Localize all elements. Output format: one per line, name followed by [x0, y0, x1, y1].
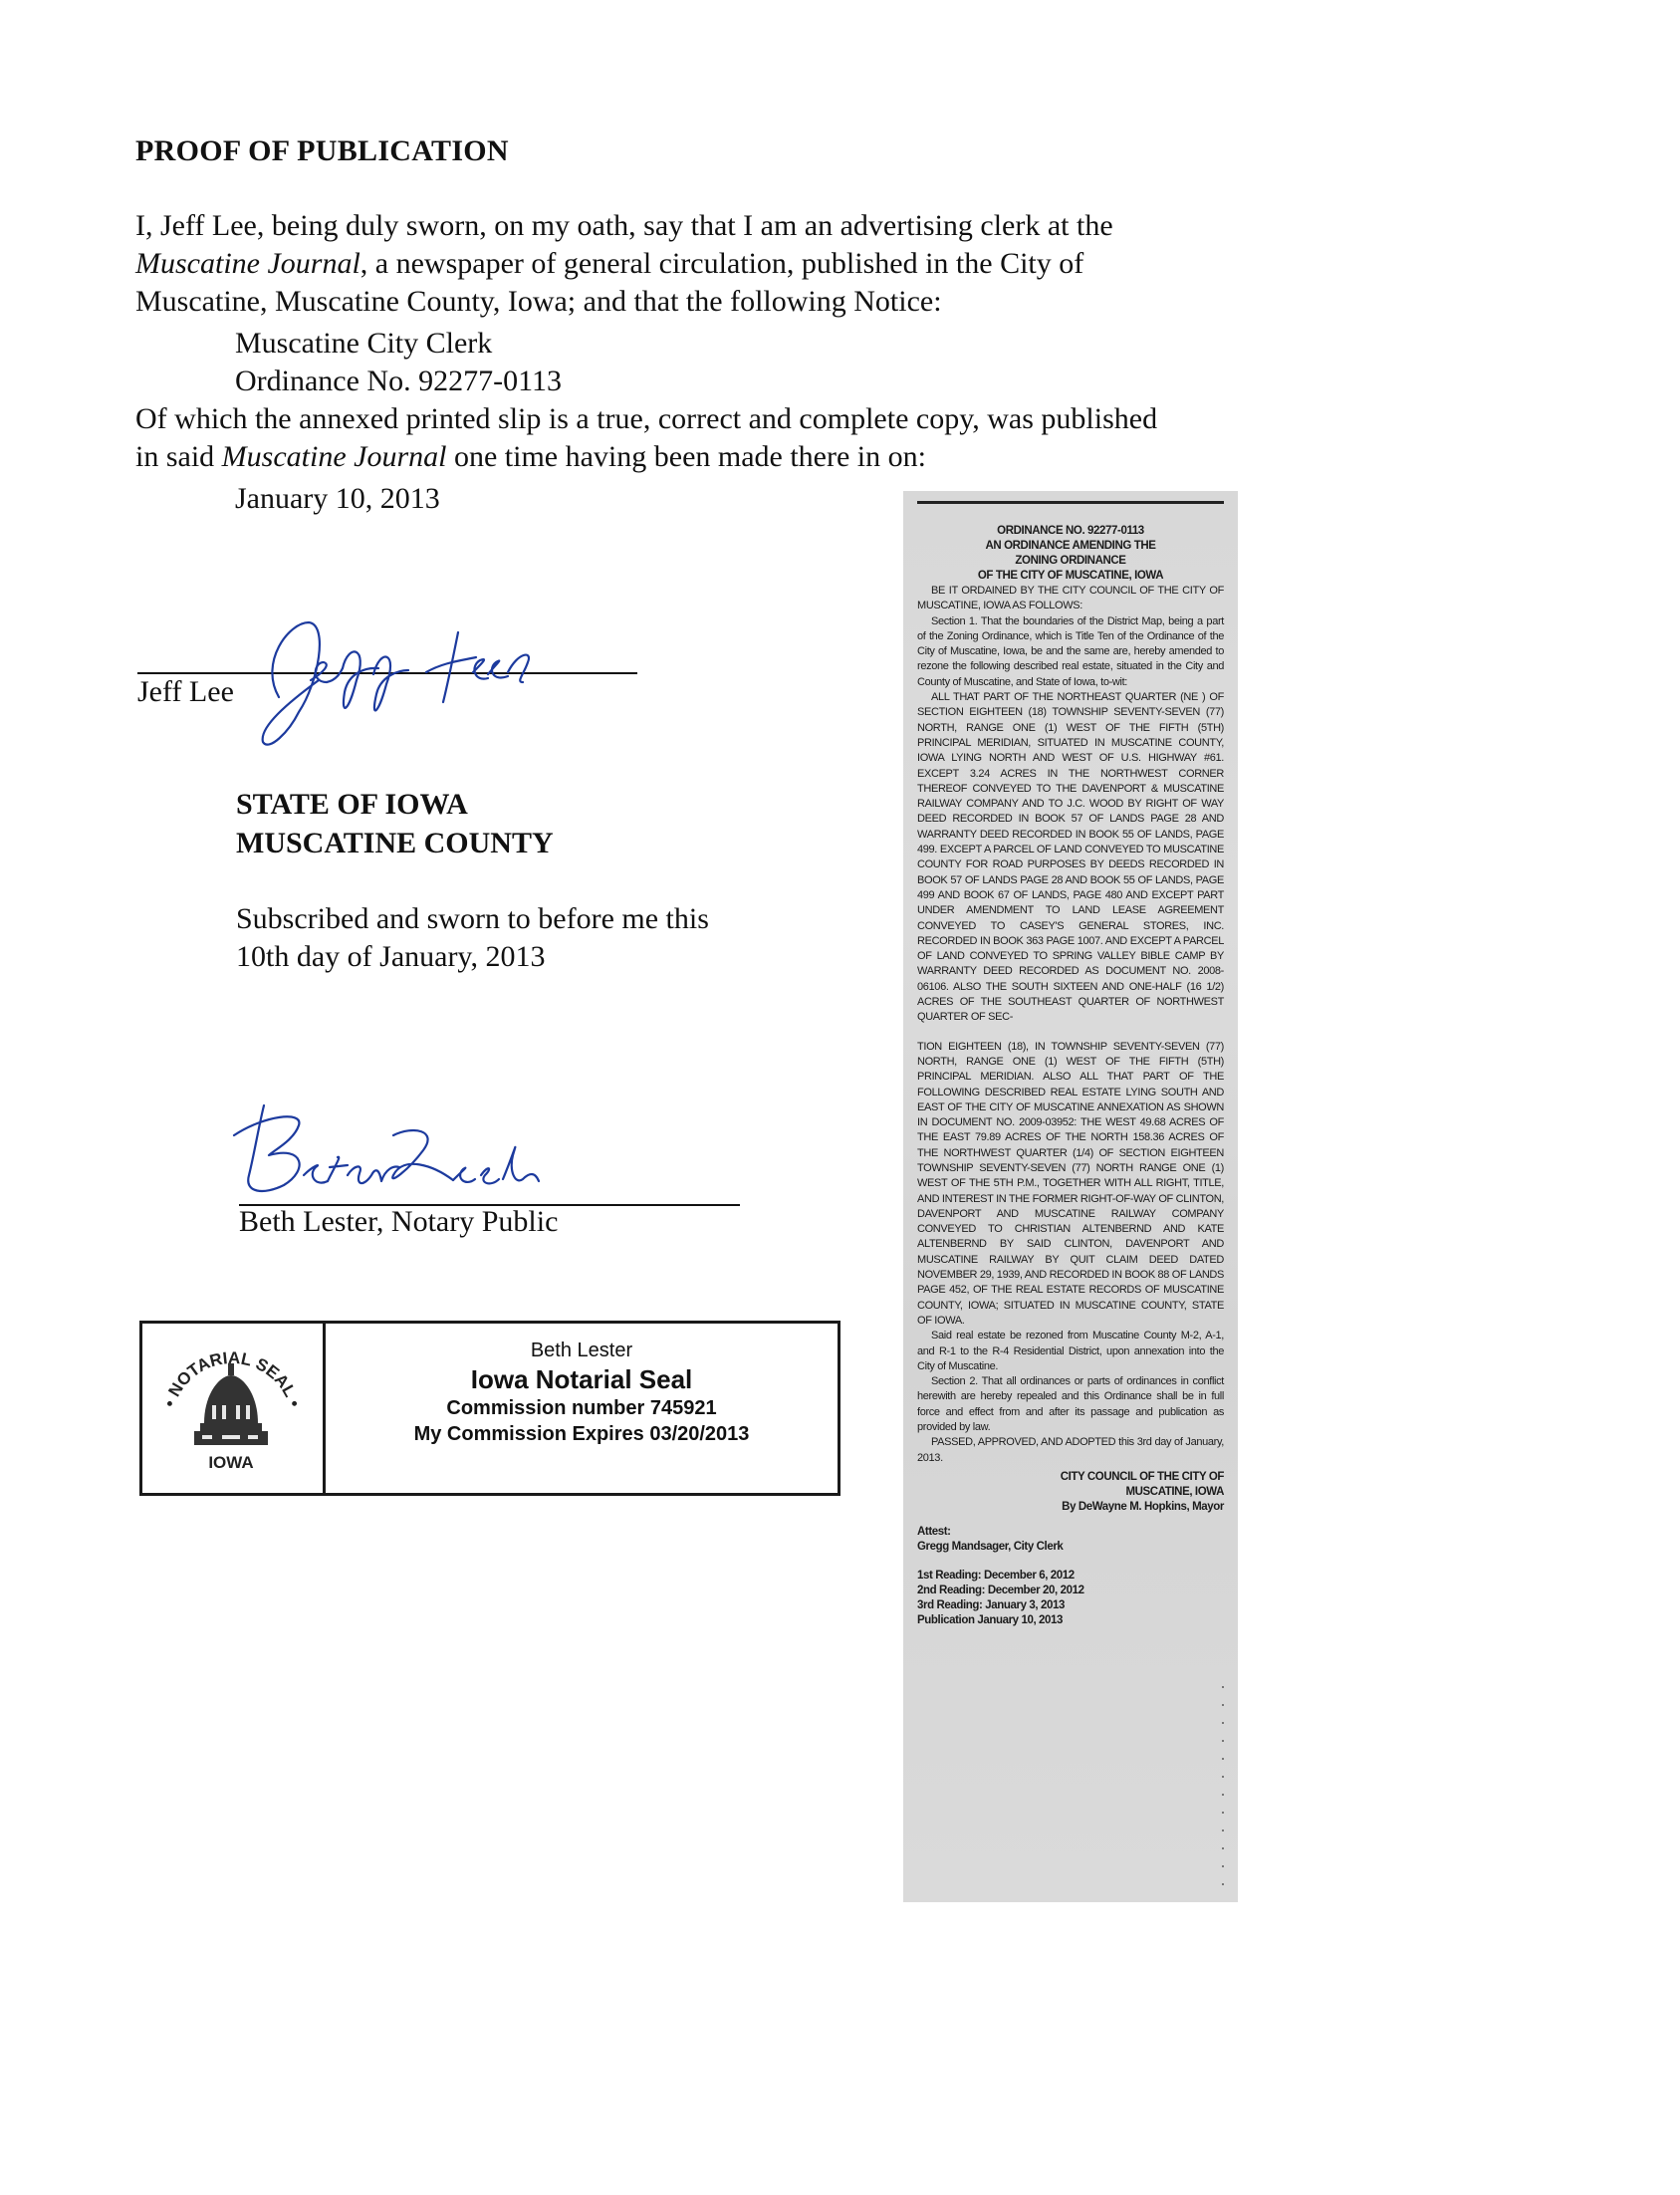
document-title: PROOF OF PUBLICATION	[135, 134, 509, 168]
clipping-publication-date: Publication January 10, 2013	[917, 1613, 1224, 1628]
newspaper-name: Muscatine Journal	[135, 247, 360, 280]
notice-issuer: Muscatine City Clerk	[235, 325, 492, 363]
clipping-reading-3: 3rd Reading: January 3, 2013	[917, 1598, 1224, 1613]
clipping-mayor: By DeWayne M. Hopkins, Mayor	[917, 1500, 1224, 1515]
affidavit-line-2: Muscatine Journal, a newspaper of genera…	[135, 245, 1083, 283]
newspaper-clipping: ORDINANCE NO. 92277-0113 AN ORDINANCE AM…	[903, 491, 1238, 1902]
copy-statement-2: in said Muscatine Journal one time havin…	[135, 438, 926, 476]
clipping-reading-2: 2nd Reading: December 20, 2012	[917, 1584, 1224, 1598]
clipping-council-line-1: CITY COUNCIL OF THE CITY OF	[917, 1470, 1224, 1485]
clipping-section-1: Section 1. That the boundaries of the Di…	[917, 614, 1224, 690]
clipping-adoption: PASSED, APPROVED, AND ADOPTED this 3rd d…	[917, 1435, 1224, 1466]
notary-seal-title: Iowa Notarial Seal	[326, 1363, 838, 1395]
affidavit-line-1: I, Jeff Lee, being duly sworn, on my oat…	[135, 207, 1113, 245]
clipping-rezoning-statement: Said real estate be rezoned from Muscati…	[917, 1329, 1224, 1374]
venue-state: STATE OF IOWA	[236, 786, 468, 824]
clipping-heading-line-4: OF THE CITY OF MUSCATINE, IOWA	[917, 569, 1224, 584]
capitol-dome-icon: • NOTARIAL SEAL • IOWA	[142, 1324, 320, 1493]
affidavit-line-3: Muscatine, Muscatine County, Iowa; and t…	[135, 283, 942, 321]
clipping-reading-1: 1st Reading: December 6, 2012	[917, 1569, 1224, 1584]
clipping-city-clerk: Gregg Mandsager, City Clerk	[917, 1540, 1224, 1555]
clipping-enacting-clause: BE IT ORDAINED BY THE CITY COUNCIL OF TH…	[917, 584, 1224, 614]
commission-expiry: My Commission Expires 03/20/2013	[326, 1421, 838, 1447]
clipping-section-2: Section 2. That all ordinances or parts …	[917, 1374, 1224, 1435]
notice-ordinance: Ordinance No. 92277-0113	[235, 363, 562, 400]
publication-date: January 10, 2013	[235, 480, 440, 518]
clipping-heading-line-3: ZONING ORDINANCE	[917, 554, 1224, 569]
notary-seal-stamp: • NOTARIAL SEAL • IOWA Beth Lester Iowa …	[139, 1321, 840, 1496]
jurat-line-2: 10th day of January, 2013	[236, 938, 546, 976]
clipping-perforation	[1222, 1686, 1224, 1885]
clipping-council-line-2: MUSCATINE, IOWA	[917, 1485, 1224, 1500]
clipping-legal-description-1: ALL THAT PART OF THE NORTHEAST QUARTER (…	[917, 690, 1224, 1026]
affiant-signature	[249, 603, 548, 752]
newspaper-name-2: Muscatine Journal	[222, 440, 447, 473]
notary-caption: Beth Lester, Notary Public	[239, 1205, 558, 1239]
copy-statement-1: Of which the annexed printed slip is a t…	[135, 400, 1157, 438]
clipping-column-break	[917, 1026, 1224, 1040]
jurat-line-1: Subscribed and sworn to before me this	[236, 900, 709, 938]
clipping-ordinance-number: ORDINANCE NO. 92277-0113	[917, 524, 1224, 539]
clipping-attest-label: Attest:	[917, 1525, 1224, 1540]
clipping-heading-line-2: AN ORDINANCE AMENDING THE	[917, 539, 1224, 554]
notary-name: Beth Lester	[326, 1338, 838, 1363]
venue-county: MUSCATINE COUNTY	[236, 825, 554, 862]
notary-commission-info: Beth Lester Iowa Notarial Seal Commissio…	[326, 1324, 838, 1493]
clipping-legal-description-2: TION EIGHTEEN (18), IN TOWNSHIP SEVENTY-…	[917, 1040, 1224, 1330]
affiant-name: Jeff Lee	[137, 675, 234, 709]
svg-text:IOWA: IOWA	[208, 1453, 253, 1472]
commission-number: Commission number 745921	[326, 1395, 838, 1421]
notary-signature	[224, 1096, 622, 1205]
clipping-top-rule	[917, 501, 1224, 504]
notarial-seal-emblem: • NOTARIAL SEAL • IOWA	[142, 1324, 326, 1493]
